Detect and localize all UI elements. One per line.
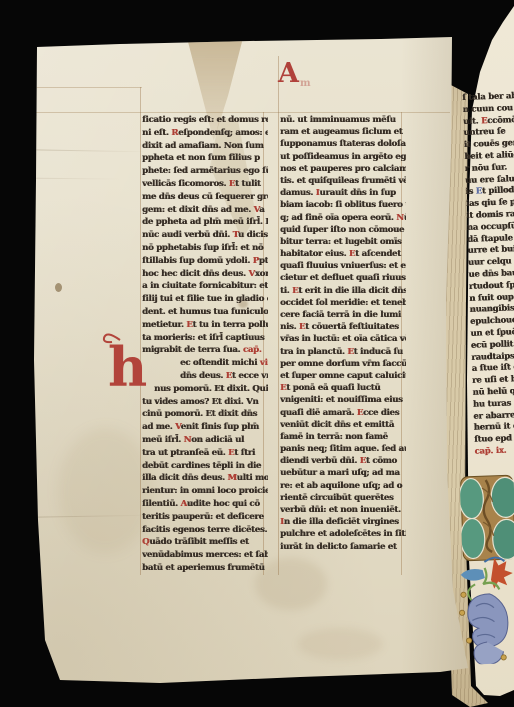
- text-line: veniūt dicit dn̄s et emittā: [280, 419, 406, 431]
- ink-text: occidet ſol meridie: et tenebreſ: [280, 298, 406, 308]
- ink-text: cietur et defluet quaſi riuus egip: [280, 273, 406, 283]
- ink-text: a: [259, 205, 264, 215]
- ink-text: rientur: in omni loco proiciet̄: [142, 486, 268, 496]
- text-line: damus. Iurauit dn̄s in ſup: [280, 187, 406, 199]
- ink-text: t tu in terra pollu: [192, 320, 268, 330]
- ink-text: ta morieris: et iſrl̄ captiuus: [142, 333, 264, 343]
- ink-text: t cōmo: [366, 456, 397, 466]
- ink-text: ſ tala ber ab: [462, 90, 514, 102]
- ink-text: quid ſuper iſto non cōmoue: [280, 225, 404, 235]
- ink-text: verbū dn̄i: et non inueniēt.: [280, 505, 401, 515]
- ink-text: venūdabimus merces: et ſab: [142, 550, 268, 560]
- ink-text: udite hoc qui cō: [187, 499, 260, 509]
- ink-text: a ſtue iſt o: [471, 362, 514, 374]
- ink-text: n cuun cou: [462, 102, 512, 114]
- ink-text: ias qiu ſe p: [466, 196, 514, 208]
- ink-text: facitis egenos terre dicētes.: [142, 525, 267, 535]
- ink-text: vr̄as in luctū: et oīa cātica vē: [280, 334, 406, 344]
- ink-text: ſupponamus ſtateras doloſas: [280, 139, 406, 149]
- text-line: dent. et humus tua funiculo: [142, 306, 268, 319]
- ink-text: nūc audi verbū dn̄i.: [142, 230, 233, 240]
- ink-text: tu vides amos? Et dixi. Vn: [142, 397, 258, 407]
- text-line: me dn̄s deus cū ſequerer gre: [142, 191, 268, 204]
- ink-text: meū iſrl̄.: [142, 435, 184, 445]
- ink-text: famē in terrā: non famē: [280, 432, 388, 442]
- ink-text: hoc hec dicit dn̄s deus.: [142, 269, 248, 279]
- ink-text: cere faciā terrā in die lumi: [280, 310, 401, 320]
- ruling-line: [278, 56, 279, 575]
- rubricated-text: cap̄.: [243, 345, 262, 355]
- ink-text: ec oſtendit michi: [180, 358, 260, 368]
- ink-text: dixit ad amaſiam. Non ſum: [142, 141, 263, 151]
- rubricated-text: N: [396, 213, 404, 223]
- text-line: ſtuo epd: [474, 432, 514, 446]
- ink-text: t inducā ſu: [354, 347, 403, 357]
- rubricated-text: cap̄. ix.: [474, 445, 506, 456]
- ink-text: urauit dn̄s in ſup: [319, 188, 395, 198]
- ink-text: ū: [404, 213, 406, 223]
- ink-text: ut poſſideamus in argēto ege: [280, 152, 406, 162]
- text-line: tra ut ptranſeā eū. Et ſtri: [142, 447, 268, 460]
- text-line: et ſuper omne caput caluiciū.: [280, 370, 406, 382]
- text-line: iurāt in delicto ſamarie et: [280, 541, 406, 553]
- ink-text: pter: [259, 256, 268, 266]
- text-line: Quādo trāſibit meſſis et: [142, 536, 268, 549]
- ink-text: t tulit: [235, 179, 261, 189]
- ink-text: tis. et quiſquileas frumēti vē: [280, 176, 406, 186]
- text-line: ni eſt. Reſpondenſq; amos: et: [142, 127, 268, 140]
- ink-text: quaſi diē amarā.: [280, 408, 357, 418]
- ink-text: teritis pauperū: et deficere: [142, 512, 264, 522]
- ink-text: quaſi fluuius vniuerſus: et ei: [280, 261, 406, 271]
- text-line: tu vides amos? Et dixi. Vn: [142, 396, 268, 409]
- text-column-right: nū. ut imminuamus mēſuram et augeamus ſi…: [280, 114, 406, 553]
- ink-text: heit et aliūe: [464, 149, 514, 161]
- ink-text: phete: ſed armētarius ego ſū: [142, 166, 268, 176]
- ink-text: raudtaips: [471, 350, 514, 361]
- ink-text: rtudout ſp: [469, 279, 514, 291]
- text-line: habitator eius. Et aſcendet: [280, 248, 406, 260]
- ink-text: ad me.: [142, 422, 175, 432]
- text-line: panis neq; ſitim aque. ſed au: [280, 443, 406, 455]
- ink-text: diendi verbū dn̄i.: [280, 456, 360, 466]
- ink-text: per omne dorſum vr̄m ſaccū:: [280, 359, 406, 369]
- text-line: de ppheta ad plm̄ meū iſrl̄. Et: [142, 216, 268, 229]
- parchment-crease: [0, 149, 148, 153]
- text-column-left: ficatio regis eſt: et domus regni eſt. R…: [142, 114, 268, 575]
- text-line: metietur. Et tu in terra pollu: [142, 319, 268, 332]
- ruling-line: [18, 87, 142, 88]
- text-line: re: et ab aquilone uſq; ad o: [280, 480, 406, 492]
- ink-text: xor tu: [255, 269, 268, 279]
- ink-text: u dicis: [238, 230, 268, 240]
- text-line: vnigeniti: et nouiſſima eius: [280, 394, 406, 406]
- ink-text: re: et ab aquilone uſq; ad o: [280, 481, 402, 491]
- ink-text: untreu ſe: [463, 126, 505, 137]
- text-line: a in ciuitate fornicabitur: et: [142, 280, 268, 293]
- ink-text: ti.: [280, 286, 292, 296]
- ink-text: ulti mo: [237, 473, 268, 483]
- ink-text: t erit in die illa dicit dn̄s: [298, 286, 406, 296]
- text-line: venūdabimus merces: et ſab: [142, 549, 268, 562]
- parchment-stain: [58, 428, 153, 553]
- ink-text: debūt cardines tēpli in die: [142, 461, 261, 471]
- text-line: nū. ut imminuamus mēſu: [280, 114, 406, 126]
- ink-text: me dn̄s deus cū ſequerer gre: [142, 192, 268, 202]
- ink-text: nus pomorū. Et dixit. Quid: [154, 384, 268, 394]
- ink-text: ccōmō: [487, 114, 514, 125]
- ink-text: na occupſū: [467, 220, 514, 232]
- text-line: debūt cardines tēpli in die: [142, 460, 268, 473]
- ink-text: er abarres: [473, 409, 514, 421]
- ink-text: epulchoue: [470, 314, 514, 326]
- ink-text: on adiciā ul: [191, 435, 244, 445]
- text-line: gem: et dixit dn̄s ad me. Va: [142, 204, 268, 217]
- text-line: dixit ad amaſiam. Non ſum: [142, 140, 268, 153]
- illuminated-initial: [459, 473, 514, 563]
- ink-text: it domis ras: [466, 208, 514, 220]
- text-line: filij tui et filie tue in gladio ca: [142, 293, 268, 306]
- ink-text: uu ere ſaluā: [465, 173, 514, 185]
- ink-text: nū. ut imminuamus mēſu: [280, 115, 396, 125]
- text-line: quid ſuper iſto non cōmoue: [280, 224, 406, 236]
- ink-text: dent. et humus tua funiculo: [142, 307, 268, 317]
- ink-text: nū helū q: [472, 385, 514, 396]
- text-line: nus pomorū. Et dixit. Quid: [142, 383, 268, 396]
- ink-text: cce dies: [363, 408, 399, 418]
- ink-text: hu turas e: [473, 397, 514, 409]
- text-line: Et ponā eā quaſi luctū: [280, 382, 406, 394]
- text-line: quaſi fluuius vniuerſus: et ei: [280, 260, 406, 272]
- text-line: rientur: in omni loco proiciet̄: [142, 485, 268, 498]
- ink-text: uebūtur a mari uſq; ad ma: [280, 468, 400, 478]
- text-line: famē in terrā: non famē: [280, 431, 406, 443]
- ink-text: it couēs ger: [464, 137, 514, 149]
- ink-text: is: [465, 186, 476, 196]
- ink-text: filij tui et filie tue in gladio ca: [142, 294, 268, 304]
- ink-text: a in ciuitate fornicabitur: et: [142, 281, 268, 291]
- ink-text: ſilentiū.: [142, 499, 180, 509]
- rubricated-text: N: [184, 435, 192, 445]
- ink-text: uādo trāſibit meſſis et: [149, 537, 248, 547]
- text-line: ſupponamus ſtateras doloſas: [280, 138, 406, 150]
- manuscript-photo: ſ tala ber abn cuun couuit. Eccōmōuntreu…: [0, 0, 514, 707]
- text-line: q; ad finē oīa opera eorū. Nū: [280, 212, 406, 224]
- ink-text: nis.: [280, 322, 299, 332]
- parchment-crease: [0, 177, 120, 179]
- text-line: biam iacob: ſi oblitus fuero uſ: [280, 199, 406, 211]
- text-line: batū et aperiemus frumētū: [142, 562, 268, 575]
- text-line: meū iſrl̄. Non adiciā ul: [142, 434, 268, 447]
- ink-text: q; ad finē oīa opera eorū.: [280, 213, 396, 223]
- text-line: ſtillabis ſup domū ydoli. Ppter: [142, 255, 268, 268]
- ink-text: illa dicit dn̄s deus.: [142, 473, 227, 483]
- ink-text: veniūt dicit dn̄s et emittā: [280, 420, 394, 430]
- text-line: tra in planctū. Et inducā ſu: [280, 346, 406, 358]
- ink-text: n die illa deficiēt virgines: [284, 517, 399, 527]
- text-line: ppheta et non ſum filius p: [142, 152, 268, 165]
- ink-text: biam iacob: ſi oblitus fuero uſ: [280, 200, 406, 210]
- text-line: teritis pauperū: et deficere: [142, 511, 268, 524]
- text-line: nis. Et cōuertā feſtiuitates: [280, 321, 406, 333]
- text-line: ec oſtendit michi viij.: [142, 357, 268, 370]
- text-line: facitis egenos terre dicētes.: [142, 524, 268, 537]
- ink-text: dā ſtapule: [467, 232, 514, 244]
- text-line: nos et pauperes pro calciamē: [280, 163, 406, 175]
- text-line: dn̄s deus. Et ecce vnci: [142, 370, 268, 383]
- ink-text: rientē circuibūt querētes: [280, 493, 393, 503]
- ink-text: nō pphetabis ſup iſrl̄: et nō: [142, 243, 263, 253]
- ink-text: vellicās ſicomoros.: [142, 179, 229, 189]
- text-line: diendi verbū dn̄i. Et cōmo: [280, 455, 406, 467]
- ink-text: ram et augeamus ſiclum et: [280, 127, 402, 137]
- rubricated-text: viij.: [260, 358, 268, 368]
- ink-text: nos et pauperes pro calciamē: [280, 164, 406, 174]
- text-line: ta morieris: et iſrl̄ captiuus: [142, 332, 268, 345]
- text-line: In die illa deficiēt virgines: [280, 516, 406, 528]
- text-line: ad me. Venit finis ſup plm̄: [142, 421, 268, 434]
- ink-text: metietur.: [142, 320, 186, 330]
- parchment-stain: [298, 628, 383, 660]
- text-line: cap̄. ix.: [474, 444, 514, 458]
- running-title-offset-ghost: m: [300, 78, 311, 89]
- ink-text: ſtuo epd: [474, 433, 512, 444]
- text-line: quaſi diē amarā. Ecce dies: [280, 407, 406, 419]
- text-line: cinū pomorū. Et dixit dn̄s: [142, 408, 268, 421]
- manuscript-page: A m h ficatio regis eſt: et domus regni …: [0, 0, 514, 707]
- ink-text: t aſcendet: [355, 249, 401, 259]
- text-line: nō pphetabis ſup iſrl̄: et nō: [142, 242, 268, 255]
- ink-text: ni eſt.: [142, 128, 171, 138]
- text-line: hoc hec dicit dn̄s deus. Vxor tu: [142, 268, 268, 281]
- text-line: vellicās ſicomoros. Et tulit: [142, 178, 268, 191]
- text-line: bitur terra: et lugebit omīs: [280, 236, 406, 248]
- ink-text: ue dn̄s bau: [468, 267, 514, 279]
- ink-text: ficatio regis eſt: et domus reg: [142, 115, 268, 125]
- ink-text: r nōu ſur.: [464, 161, 507, 172]
- ink-text: migrabit de terra ſua.: [142, 345, 243, 355]
- text-line: migrabit de terra ſua. cap̄.: [142, 344, 268, 357]
- text-line: tis. et quiſquileas frumēti vē: [280, 175, 406, 187]
- text-line: vr̄as in luctū: et oīa cātica vē: [280, 333, 406, 345]
- ink-text: dn̄s deus.: [180, 371, 226, 381]
- ink-text: uit.: [463, 115, 481, 126]
- text-line: verbū dn̄i: et non inueniēt.: [280, 504, 406, 516]
- ink-text: urre et bui: [467, 244, 514, 256]
- text-line: pulchre et adoleſcētes in ſiti q: [280, 528, 406, 540]
- text-line: phete: ſed armētarius ego ſū: [142, 165, 268, 178]
- text-line: ram et augeamus ſiclum et: [280, 126, 406, 138]
- text-line: cere faciā terrā in die lumi: [280, 309, 406, 321]
- ink-text: panis neq; ſitim aque. ſed au: [280, 444, 406, 454]
- ink-text: uur celqu: [468, 256, 512, 268]
- rubricated-text: M: [227, 473, 236, 483]
- text-line: ficatio regis eſt: et domus reg: [142, 114, 268, 127]
- ink-text: batū et aperiemus frumētū: [142, 563, 264, 573]
- text-line: ut poſſideamus in argēto ege: [280, 151, 406, 163]
- ink-text: t pillod: [482, 185, 514, 196]
- ink-text: tra in planctū.: [280, 347, 347, 357]
- text-line: cietur et defluet quaſi riuus egip: [280, 272, 406, 284]
- text-line: uebūtur a mari uſq; ad ma: [280, 467, 406, 479]
- text-line: occidet ſol meridie: et tenebreſ: [280, 297, 406, 309]
- ink-text: damus.: [280, 188, 316, 198]
- ink-text: de ppheta ad plm̄ meū iſrl̄. Et: [142, 217, 268, 227]
- ink-text: t ſtri: [234, 448, 255, 458]
- ruling-line: [30, 112, 450, 113]
- text-line: ti. Et erit in die illa dicit dn̄s: [280, 285, 406, 297]
- text-line: uit. Eccōmō: [463, 113, 514, 127]
- text-line: per omne dorſum vr̄m ſaccū:: [280, 358, 406, 370]
- ink-text: iurāt in delicto ſamarie et: [280, 542, 397, 552]
- ink-text: ecū pollit: [471, 338, 514, 349]
- text-line: illa dicit dn̄s deus. Multi mo: [142, 472, 268, 485]
- ink-text: bitur terra: et lugebit omīs: [280, 237, 401, 247]
- text-line: nūc audi verbū dn̄i. Tu dicis: [142, 229, 268, 242]
- ink-text: enit finis ſup plm̄: [181, 422, 259, 432]
- ink-text: cinū pomorū. Et dixit dn̄s: [142, 409, 257, 419]
- ink-text: nuangibis: [469, 303, 514, 315]
- text-line: rientē circuibūt querētes: [280, 492, 406, 504]
- ink-text: hernū it cū: [474, 420, 514, 432]
- parchment-stain: [55, 283, 62, 292]
- text-line: ſilentiū. Audite hoc qui cō: [142, 498, 268, 511]
- ink-text: vnigeniti: et nouiſſima eius: [280, 395, 403, 405]
- ink-text: n ſuit oup: [469, 291, 514, 303]
- ink-text: gem: et dixit dn̄s ad me.: [142, 205, 254, 215]
- ink-text: t ponā eā quaſi luctū: [286, 383, 380, 393]
- ink-text: et ſuper omne caput caluiciū.: [280, 371, 406, 381]
- ink-text: eſpondenſq; amos: et: [178, 128, 268, 138]
- ink-text: re uſi et beſ: [472, 373, 514, 385]
- ink-text: habitator eius.: [280, 249, 349, 259]
- ink-text: tra ut ptranſeā eū.: [142, 448, 228, 458]
- ink-text: t cōuertā feſtiuitates: [305, 322, 399, 332]
- ink-text: t ecce vnci: [232, 371, 268, 381]
- ink-text: pulchre et adoleſcētes in ſiti q: [280, 529, 406, 539]
- running-title-letter: A: [278, 60, 299, 87]
- ink-text: ſtillabis ſup domū ydoli.: [142, 256, 253, 266]
- ink-text: un et ſpuō: [470, 326, 514, 338]
- ink-text: ppheta et non ſum filius p: [142, 153, 260, 163]
